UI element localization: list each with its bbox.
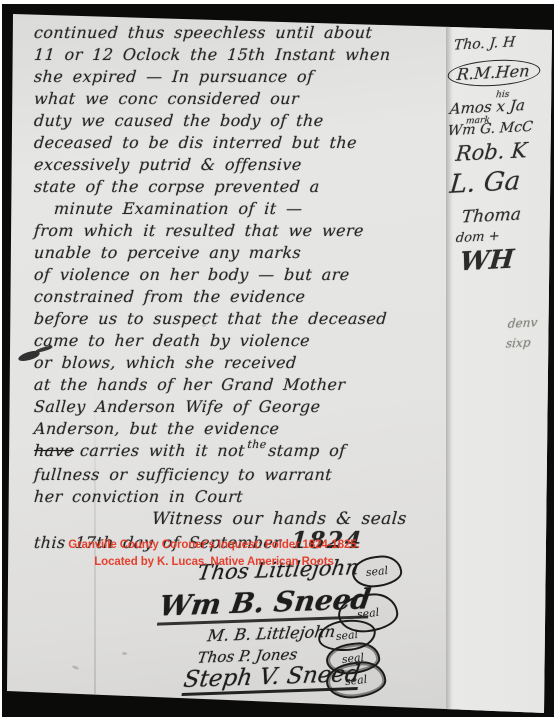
signature-mb-littlejohn: M. B. Littlejohn [206,622,336,645]
text-line: came to her death by violence [33,330,447,352]
text-line: Anderson, but the evidence [33,418,447,440]
document-page: continued thus speechless until about 11… [2,4,554,717]
text-line: unable to perceive any marks [33,242,447,264]
seal-label: seal [335,628,358,643]
inserted-word: the [247,438,267,451]
text-line: of violence on her body — but are [33,264,447,286]
margin-signature: Rob. K [455,138,528,166]
annotation-line1: Granville County Coroner's Inquest: Fold… [38,537,390,554]
text-line: from which it resulted that we were [33,220,447,242]
margin-signature: Thoma [461,204,522,227]
text-line: she expired — In pursuance of [33,66,447,88]
seal-label: seal [344,672,367,687]
struck-word: have [33,441,74,460]
text-line: at the hands of her Grand Mother [33,374,447,396]
seal-label: seal [356,605,379,620]
text-line: continued thus speechless until about [33,22,447,44]
margin-signature: Tho. J. H [453,34,516,53]
text-line: state of the corpse prevented a [33,176,447,198]
text-line: what we conc considered our [33,88,447,110]
text-line: fullness or sufficiency to warrant [33,464,447,486]
scan-background: continued thus speechless until about 11… [2,4,554,717]
paper-speck [122,652,127,655]
text-line: Salley Anderson Wife of George [33,396,447,418]
text-line: constrained from the evidence [33,286,447,308]
margin-signature: dom + [455,229,500,246]
text-line: 11 or 12 Oclock the 15th Instant when [33,44,447,66]
text-line: her conviction in Court [33,486,447,508]
text-line: before us to suspect that the deceased [33,308,447,330]
paper-speck [72,665,80,670]
margin-note: denv [507,315,538,331]
paper-speck [202,324,206,327]
text-line: duty we caused the body of the [33,110,447,132]
margin-signature: WH [459,245,516,278]
annotation-line2: Located by K. Lucas. Native American Roo… [38,554,390,571]
text-line: minute Examination of it — [53,198,447,220]
text-line: or blows, which she received [33,352,447,374]
margin-signature: L. Ga [448,166,521,200]
text-line-with-strike: havecarries with it notthestamp of [33,440,447,464]
archival-annotation: Granville County Coroner's Inquest: Fold… [38,537,390,570]
text-segment: stamp of [268,441,347,460]
text-line: deceased to be dis interred but the [33,132,447,154]
text-segment: carries with it not [79,441,245,460]
text-line: excessively putrid & offensive [33,154,447,176]
margin-note: sixp [505,335,531,350]
inquest-body-text: continued thus speechless until about 11… [34,22,446,554]
